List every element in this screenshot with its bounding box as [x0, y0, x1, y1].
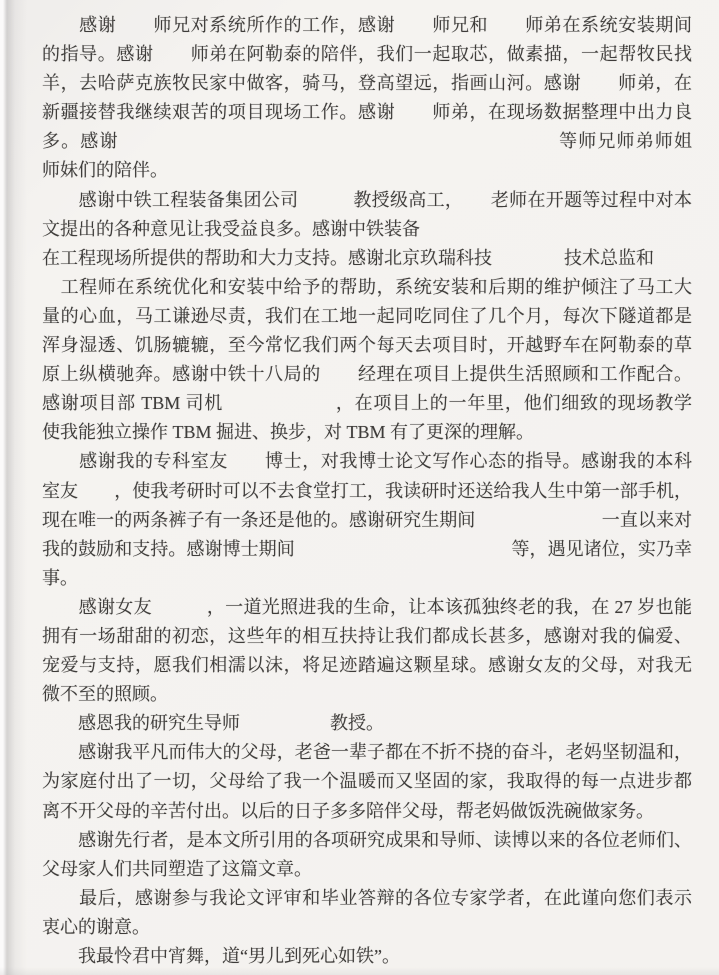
text-line: 我的鼓励和支持。感谢博士期间 等，遇见诸位，实乃幸: [42, 535, 692, 564]
text-line: 感谢 师兄对系统所作的工作，感谢 师兄和 师弟在系统安装期间: [42, 11, 692, 40]
text-line: 浑身湿透、饥肠辘辘，至今常忆我们两个每天去项目时，开越野车在阿勒泰的草: [42, 331, 692, 360]
text-line: 使我能独立操作 TBM 掘进、换步，对 TBM 有了更深的理解。: [42, 418, 692, 447]
text-line: 羊，去哈萨克族牧民家中做客，骑马，登高望远，指画山河。感谢 师弟，在: [42, 69, 692, 98]
text-line: 师妹们的陪伴。: [42, 156, 692, 185]
text-line: 在工程现场所提供的帮助和大力支持。感谢北京玖瑞科技 技术总监和: [42, 244, 692, 273]
scan-edge-shadow-left: [0, 0, 28, 975]
text-line: 现在唯一的两条裤子有一条还是他的。感谢研究生期间 一直以来对: [42, 506, 692, 535]
text-line: 原上纵横驰奔。感谢中铁十八局的 经理在项目上提供生活照顾和工作配合。: [42, 360, 692, 389]
text-line: 父母家人们共同塑造了这篇文章。: [42, 855, 692, 884]
text-line: 感谢先行者，是本文所引用的各项研究成果和导师、读博以来的各位老师们、: [42, 826, 692, 855]
text-line: 室友 ，使我考研时可以不去食堂打工，我读研时还送给我人生中第一部手机，: [42, 477, 692, 506]
acknowledgements-text: 感谢 师兄对系统所作的工作，感谢 师兄和 师弟在系统安装期间的指导。感谢 师弟在…: [42, 11, 692, 971]
text-line: 文提出的各种意见让我受益良多。感谢中铁装备: [42, 215, 692, 244]
text-line: 多。感谢 等师兄师弟师姐: [42, 127, 692, 156]
text-line: 衷心的谢意。: [42, 913, 692, 942]
text-line: 感谢中铁工程装备集团公司 教授级高工， 老师在开题等过程中对本: [42, 186, 692, 215]
text-line: 为家庭付出了一切，父母给了我一个温暖而又坚固的家，我取得的每一点进步都: [42, 767, 692, 796]
text-line: 感谢我的专科室友 博士，对我博士论文写作心态的指导。感谢我的本科: [42, 447, 692, 476]
text-line: 量的心血，马工谦逊尽责，我们在工地一起同吃同住了几个月，每次下隧道都是: [42, 302, 692, 331]
text-line: 感谢我平凡而伟大的父母，老爸一辈子都在不折不挠的奋斗，老妈坚韧温和，: [42, 738, 692, 767]
text-line: 的指导。感谢 师弟在阿勒泰的陪伴，我们一起取芯，做素描，一起帮牧民找: [42, 40, 692, 69]
text-line: 拥有一场甜甜的初恋，这些年的相互扶持让我们都成长甚多，感谢对我的偏爱、: [42, 622, 692, 651]
text-line: 微不至的照顾。: [42, 680, 692, 709]
text-line: 感恩我的研究生导师 教授。: [42, 709, 692, 738]
text-line: 离不开父母的辛苦付出。以后的日子多多陪伴父母，帮老妈做饭洗碗做家务。: [42, 797, 692, 826]
text-line: 新疆接替我继续艰苦的项目现场工作。感谢 师弟，在现场数据整理中出力良: [42, 98, 692, 127]
text-line: 感谢项目部 TBM 司机 ，在项目上的一年里，他们细致的现场教学: [42, 389, 692, 418]
document-page: 感谢 师兄对系统所作的工作，感谢 师兄和 师弟在系统安装期间的指导。感谢 师弟在…: [0, 0, 719, 975]
text-line: 宠爱与支持，愿我们相濡以沫，将足迹踏遍这颗星球。感谢女友的父母，对我无: [42, 651, 692, 680]
text-line: 事。: [42, 564, 692, 593]
text-line: 感谢女友 ，一道光照进我的生命，让本该孤独终老的我，在 27 岁也能: [42, 593, 692, 622]
text-line: 工程师在系统优化和安装中给予的帮助，系统安装和后期的维护倾注了马工大: [42, 273, 692, 302]
text-line: 最后，感谢参与我论文评审和毕业答辩的各位专家学者，在此谨向您们表示: [42, 884, 692, 913]
text-line: 我最怜君中宵舞，道“男儿到死心如铁”。: [42, 942, 692, 971]
